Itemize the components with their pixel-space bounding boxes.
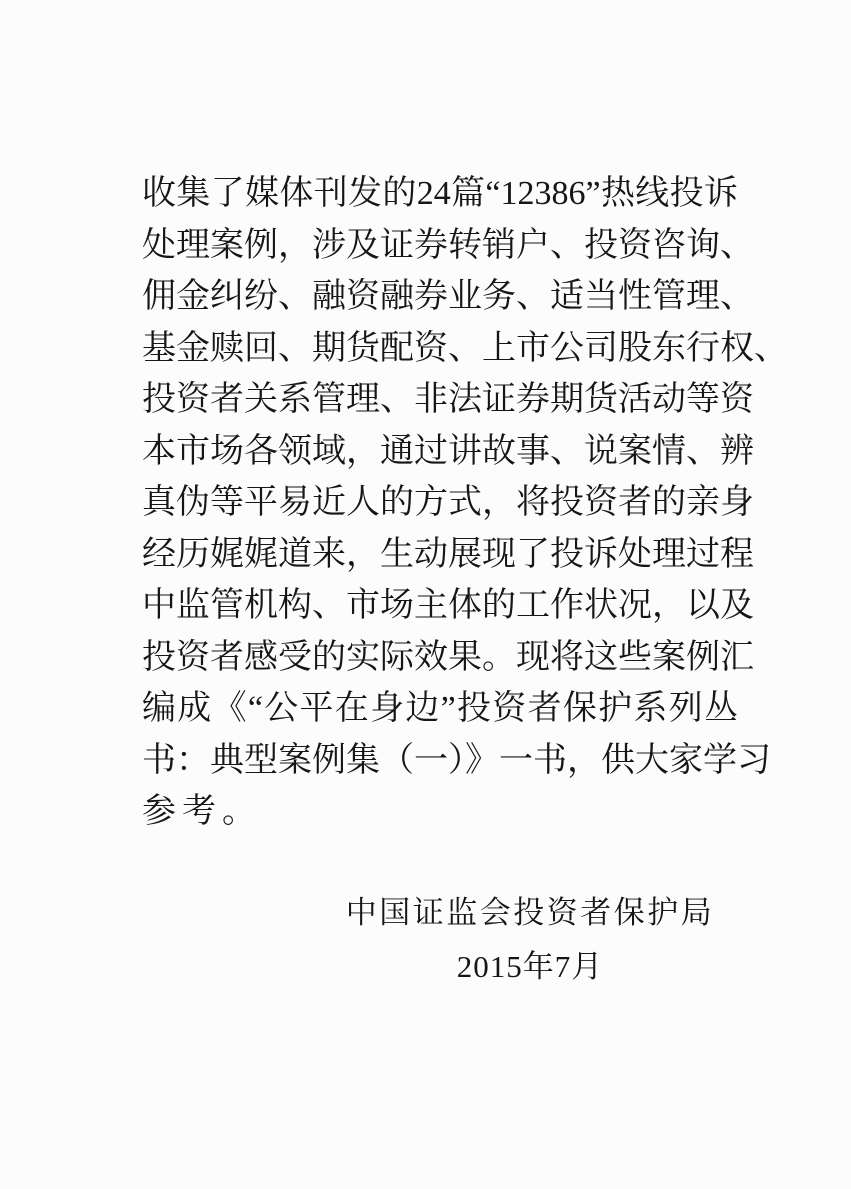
paragraph-line: 基金赎回、期货配资、上市公司股东行权、: [142, 323, 738, 375]
signature-block: 中国证监会投资者保护局 2015年7月: [142, 886, 738, 994]
paragraph-line: 收集了媒体刊发的24篇“12386”热线投诉: [142, 168, 738, 220]
paragraph-line: 处理案例，涉及证券转销户、投资咨询、: [142, 220, 738, 272]
body-paragraph: 收集了媒体刊发的24篇“12386”热线投诉 处理案例，涉及证券转销户、投资咨询…: [142, 168, 738, 838]
paragraph-line: 中监管机构、市场主体的工作状况，以及: [142, 580, 738, 632]
paragraph-line: 真伪等平易近人的方式，将投资者的亲身: [142, 477, 738, 529]
signature-organization: 中国证监会投资者保护局: [232, 886, 828, 940]
paragraph-line-last: 参考。: [142, 786, 738, 838]
paragraph-line: 经历娓娓道来，生动展现了投诉处理过程: [142, 529, 738, 581]
paragraph-line: 编成《“公平在身边”投资者保护系列丛: [142, 683, 738, 735]
paragraph-line: 本市场各领域，通过讲故事、说案情、辨: [142, 426, 738, 478]
paragraph-line: 投资者关系管理、非法证券期货活动等资: [142, 374, 738, 426]
paragraph-line: 投资者感受的实际效果。现将这些案例汇: [142, 632, 738, 684]
signature-date: 2015年7月: [232, 940, 828, 994]
document-page: 收集了媒体刊发的24篇“12386”热线投诉 处理案例，涉及证券转销户、投资咨询…: [0, 0, 851, 1189]
paragraph-line: 书：典型案例集（一）》一书，供大家学习: [142, 735, 738, 787]
paragraph-line: 佣金纠纷、融资融券业务、适当性管理、: [142, 271, 738, 323]
